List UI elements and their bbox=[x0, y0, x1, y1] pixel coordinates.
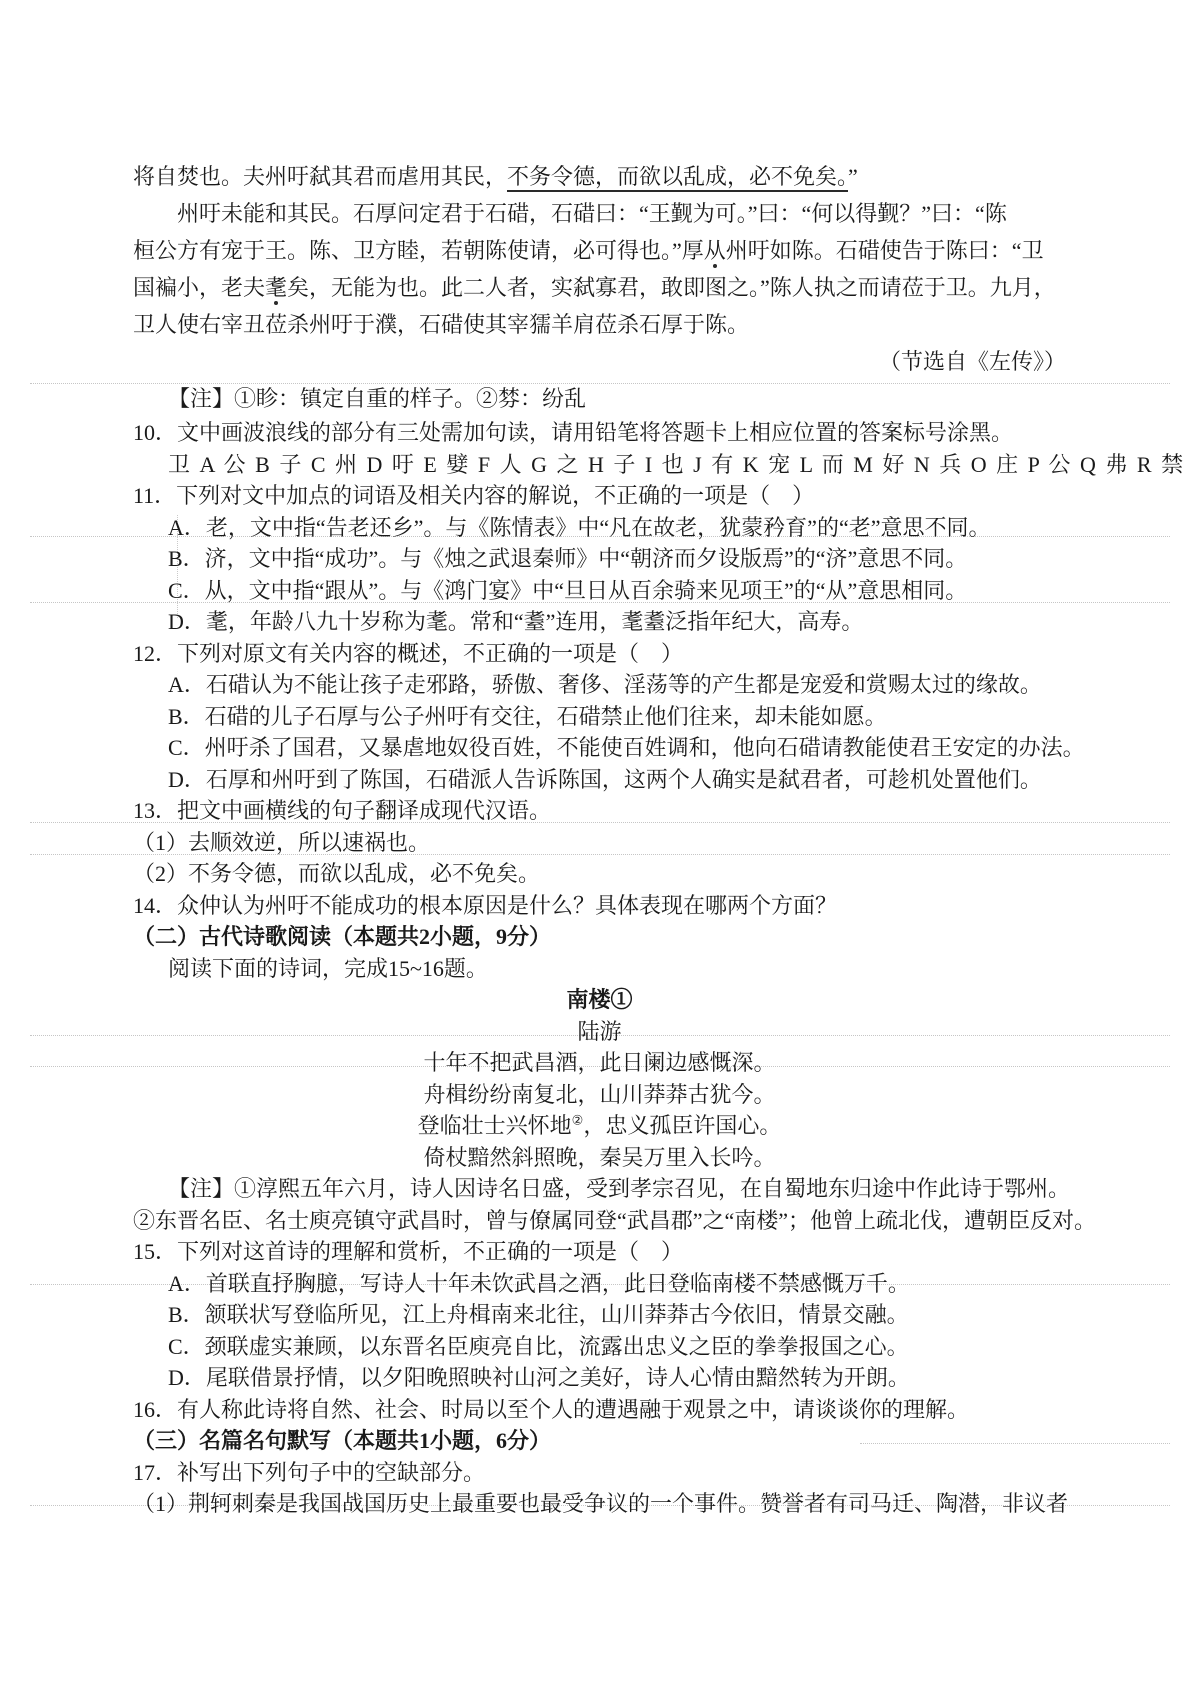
passage-text: 国褊小，老夫 bbox=[133, 275, 265, 300]
q17-stem: 17．补写出下列句子中的空缺部分。 bbox=[133, 1457, 1066, 1489]
classical-passage: 将自焚也。夫州吁弑其君而虐用其民，不务令德，而欲以乱成，必不免矣。” 州吁未能和… bbox=[133, 158, 1066, 417]
poem-title: 南楼① bbox=[133, 984, 1066, 1016]
passage-note: 【注】①眕：镇定自重的样子。②棼：纷乱 bbox=[133, 380, 1066, 417]
underlined-sentence: 不务令德，而欲以乱成，必不免矣。 bbox=[507, 164, 848, 192]
q10-stem: 10．文中画波浪线的部分有三处需加句读，请用铅笔将答题卡上相应位置的答案标号涂黑… bbox=[133, 417, 1066, 449]
passage-text: 桓公方有宠于王。陈、卫方睦，若朝陈使请，必可得也。”厚 bbox=[133, 238, 704, 263]
q13-sentence-1: （1）去顺效逆，所以速祸也。 bbox=[133, 827, 1066, 859]
q12-option-a: A．石碏认为不能让孩子走邪路，骄傲、奢侈、淫荡等的产生都是宠爱和赏赐太过的缘故。 bbox=[133, 669, 1066, 701]
poem-line-1: 十年不把武昌酒，此日阑边感慨深。 bbox=[133, 1047, 1066, 1079]
poem-text: ，忠义孤臣许国心。 bbox=[583, 1113, 781, 1138]
passage-line-2: 州吁未能和其民。石厚问定君于石碏，石碏曰：“王觐为可。”曰：“何以得觐？”曰：“… bbox=[133, 195, 1066, 232]
passage-line-5: 卫人使右宰丑莅杀州吁于濮，石碏使其宰獳羊肩莅杀石厚于陈。 bbox=[133, 306, 1066, 343]
emphasized-char-mao: 耄 bbox=[265, 275, 287, 300]
q11-option-c: C．从，文中指“跟从”。与《鸿门宴》中“旦日从百余骑来见项王”的“从”意思相同。 bbox=[133, 575, 1066, 607]
q16-stem: 16．有人称此诗将自然、社会、时局以至个人的遭遇融于观景之中，请谈谈你的理解。 bbox=[133, 1394, 1066, 1426]
q13-sentence-2: （2）不务令德，而欲以乱成，必不免矣。 bbox=[133, 858, 1066, 890]
q12-stem: 12．下列对原文有关内容的概述，不正确的一项是（ ） bbox=[133, 638, 1066, 670]
q12-option-d: D．石厚和州吁到了陈国，石碏派人告诉陈国，这两个人确实是弑君者，可趁机处置他们。 bbox=[133, 764, 1066, 796]
q11-stem: 11．下列对文中加点的词语及相关内容的解说，不正确的一项是（ ） bbox=[133, 480, 1066, 512]
emphasized-char-cong: 从 bbox=[704, 238, 726, 263]
poem-line-2: 舟楫纷纷南复北，山川莽莽古犹今。 bbox=[133, 1079, 1066, 1111]
q11-option-d: D．耄，年龄八九十岁称为耄。常和“耋”连用，耄耋泛指年纪大，高寿。 bbox=[133, 606, 1066, 638]
exam-content: 将自焚也。夫州吁弑其君而虐用其民，不务令德，而欲以乱成，必不免矣。” 州吁未能和… bbox=[133, 158, 1066, 1520]
poem-author: 陆游 bbox=[133, 1016, 1066, 1048]
passage-text: 矣，无能为也。此二人者，实弑寡君，敢即图之。”陈人执之而请莅于卫。九月， bbox=[287, 275, 1056, 300]
q13-stem: 13．把文中画横线的句子翻译成现代汉语。 bbox=[133, 795, 1066, 827]
passage-text: 州吁如陈。石碏使告于陈曰：“卫 bbox=[726, 238, 1044, 263]
section2-heading: （二）古代诗歌阅读（本题共2小题，9分） bbox=[133, 921, 1066, 953]
q11-option-b: B．济，文中指“成功”。与《烛之武退秦师》中“朝济而夕设版焉”的“济”意思不同。 bbox=[133, 543, 1066, 575]
q12-option-b: B．石碏的儿子石厚与公子州吁有交往，石碏禁止他们往来，却未能如愿。 bbox=[133, 701, 1066, 733]
q15-option-b: B．颔联状写登临所见，江上舟楫南来北往，山川莽莽古今依旧，情景交融。 bbox=[133, 1299, 1066, 1331]
passage-text: 将自焚也。夫州吁弑其君而虐用其民， bbox=[133, 164, 507, 189]
poem-line-3: 登临壮士兴怀地②，忠义孤臣许国心。 bbox=[133, 1110, 1066, 1142]
passage-line-3: 桓公方有宠于王。陈、卫方睦，若朝陈使请，必可得也。”厚从州吁如陈。石碏使告于陈曰… bbox=[133, 232, 1066, 269]
section3-heading: （三）名篇名句默写（本题共1小题，6分） bbox=[133, 1425, 1066, 1457]
footnote-marker: ② bbox=[572, 1113, 584, 1128]
source-citation: （节选自《左传》） bbox=[133, 343, 1066, 380]
exam-page: 将自焚也。夫州吁弑其君而虐用其民，不务令德，而欲以乱成，必不免矣。” 州吁未能和… bbox=[0, 0, 1200, 1698]
poem-line-4: 倚杖黯然斜照晚，秦吴万里入长吟。 bbox=[133, 1142, 1066, 1174]
passage-text: ” bbox=[848, 164, 858, 189]
q10-segment-line: 卫 A 公 B 子 C 州 D 吁 E 嬖 F 人 G 之 H 子 I 也 J … bbox=[133, 449, 1066, 481]
q15-option-d: D．尾联借景抒情，以夕阳晚照映衬山河之美好，诗人心情由黯然转为开朗。 bbox=[133, 1362, 1066, 1394]
q11-option-a: A．老，文中指“告老还乡”。与《陈情表》中“凡在故老，犹蒙矜育”的“老”意思不同… bbox=[133, 512, 1066, 544]
passage-line-4: 国褊小，老夫耄矣，无能为也。此二人者，实弑寡君，敢即图之。”陈人执之而请莅于卫。… bbox=[133, 269, 1066, 306]
q15-option-c: C．颈联虚实兼顾，以东晋名臣庾亮自比，流露出忠义之臣的拳拳报国之心。 bbox=[133, 1331, 1066, 1363]
poem-note-1: 【注】①淳熙五年六月，诗人因诗名日盛，受到孝宗召见，在自蜀地东归途中作此诗于鄂州… bbox=[133, 1173, 1066, 1205]
poem-text: 登临壮士兴怀地 bbox=[418, 1113, 572, 1138]
passage-line-1: 将自焚也。夫州吁弑其君而虐用其民，不务令德，而欲以乱成，必不免矣。” bbox=[133, 158, 1066, 195]
q14-stem: 14．众仲认为州吁不能成功的根本原因是什么？具体表现在哪两个方面？ bbox=[133, 890, 1066, 922]
questions: 10．文中画波浪线的部分有三处需加句读，请用铅笔将答题卡上相应位置的答案标号涂黑… bbox=[133, 417, 1066, 1520]
q15-stem: 15．下列对这首诗的理解和赏析，不正确的一项是（ ） bbox=[133, 1236, 1066, 1268]
q17-item-1: （1）荆轲刺秦是我国战国历史上最重要也最受争议的一个事件。赞誉者有司马迁、陶潜，… bbox=[133, 1488, 1066, 1520]
poem-note-2: ②东晋名臣、名士庾亮镇守武昌时，曾与僚属同登“武昌郡”之“南楼”；他曾上疏北伐，… bbox=[133, 1205, 1066, 1237]
poem-intro: 阅读下面的诗词，完成15~16题。 bbox=[133, 953, 1066, 985]
q12-option-c: C．州吁杀了国君，又暴虐地奴役百姓，不能使百姓调和，他向石碏请教能使君王安定的办… bbox=[133, 732, 1066, 764]
q15-option-a: A．首联直抒胸臆，写诗人十年未饮武昌之酒，此日登临南楼不禁感慨万千。 bbox=[133, 1268, 1066, 1300]
